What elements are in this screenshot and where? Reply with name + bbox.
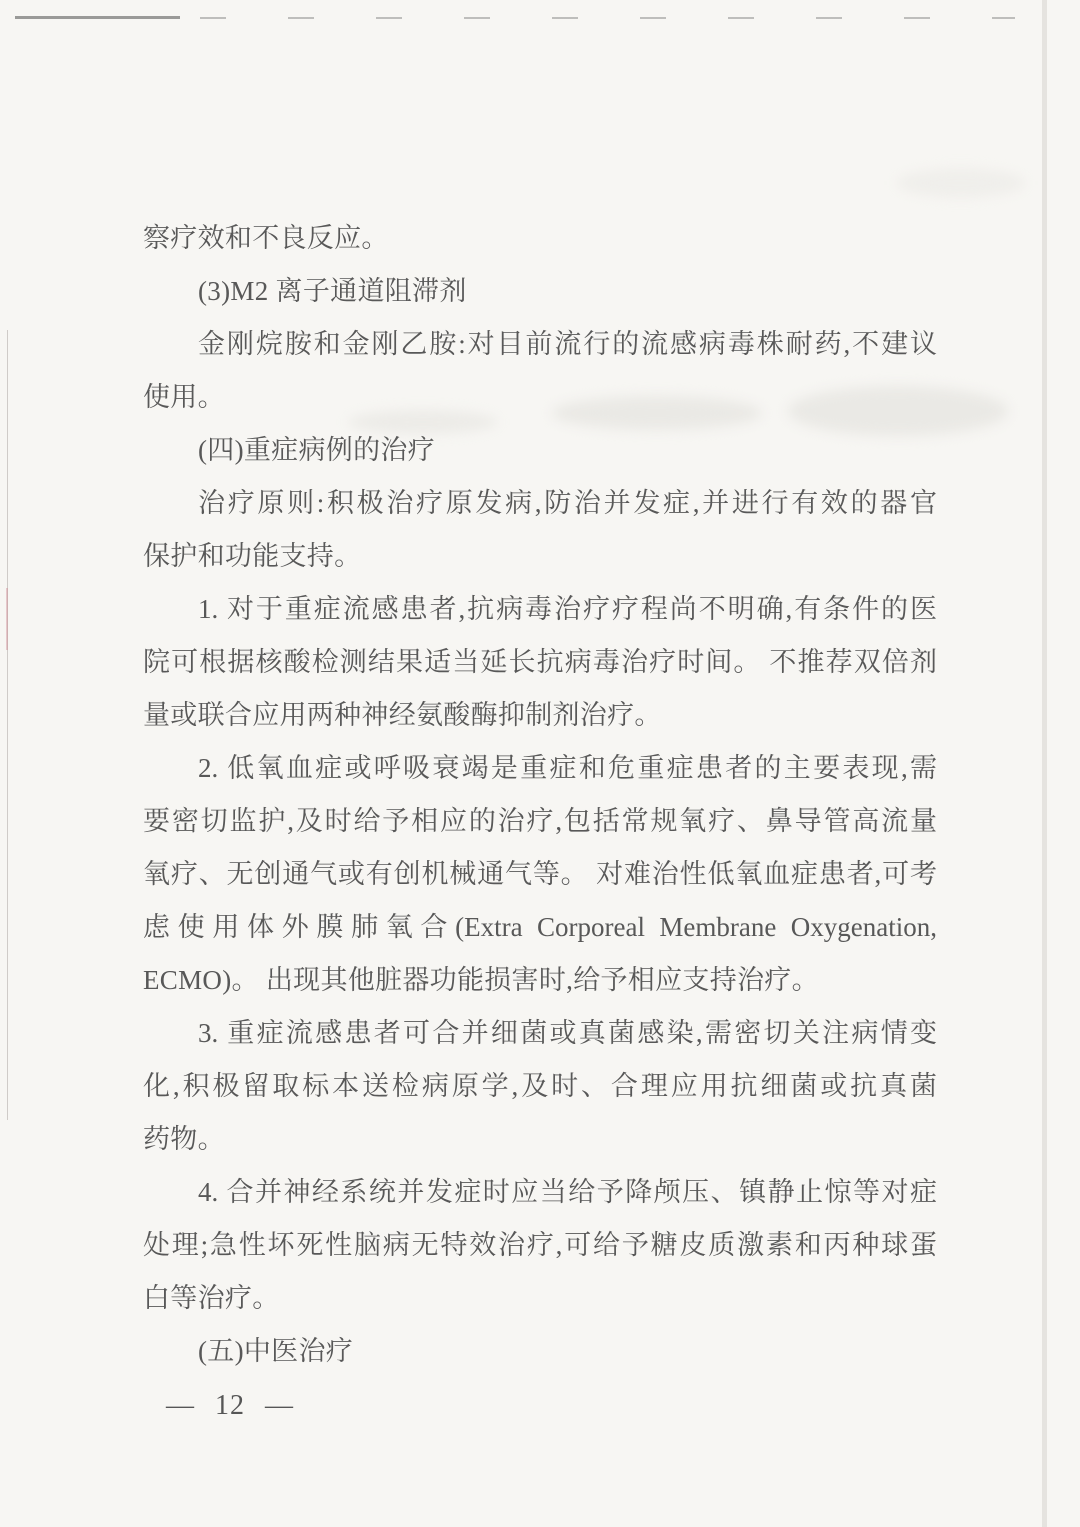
doc-line: 使用。 [143, 371, 937, 424]
doc-line: ECMO)。 出现其他脏器功能损害时,给予相应支持治疗。 [143, 954, 937, 1007]
doc-line: 金刚烷胺和金刚乙胺:对目前流行的流感病毒株耐药,不建议 [143, 318, 937, 371]
doc-line: 院可根据核酸检测结果适当延长抗病毒治疗时间。 不推荐双倍剂 [143, 636, 937, 689]
doc-line: 察疗效和不良反应。 [143, 212, 937, 265]
heading-line: (3)M2 离子通道阻滞剂 [143, 265, 937, 318]
doc-line: 虑使用体外膜肺氧合(Extra Corporeal Membrane Oxyge… [143, 901, 937, 954]
doc-line: 化,积极留取标本送检病原学,及时、合理应用抗细菌或抗真菌 [143, 1060, 937, 1113]
doc-line: 白等治疗。 [143, 1272, 937, 1325]
scan-right-band-artifact [1042, 0, 1047, 1527]
doc-line: 要密切监护,及时给予相应的治疗,包括常规氧疗、鼻导管高流量 [143, 795, 937, 848]
doc-line: 3. 重症流感患者可合并细菌或真菌感染,需密切关注病情变 [143, 1007, 937, 1060]
page-number: — 12 — [166, 1386, 294, 1426]
heading-line: (五)中医治疗 [143, 1325, 937, 1378]
doc-line: 治疗原则:积极治疗原发病,防治并发症,并进行有效的器官 [143, 477, 937, 530]
scan-fold-mark-artifact [6, 588, 8, 650]
doc-line: 1. 对于重症流感患者,抗病毒治疗疗程尚不明确,有条件的医 [143, 583, 937, 636]
doc-line: 2. 低氧血症或呼吸衰竭是重症和危重症患者的主要表现,需 [143, 742, 937, 795]
page-content: 察疗效和不良反应。 (3)M2 离子通道阻滞剂 金刚烷胺和金刚乙胺:对目前流行的… [143, 212, 937, 1378]
scan-fold-line-artifact [7, 330, 8, 1120]
document-page: 察疗效和不良反应。 (3)M2 离子通道阻滞剂 金刚烷胺和金刚乙胺:对目前流行的… [0, 0, 1080, 1527]
bleed-through-smudge [896, 168, 1026, 198]
doc-line: 氧疗、无创通气或有创机械通气等。 对难治性低氧血症患者,可考 [143, 848, 937, 901]
scan-edge-artifact [15, 16, 180, 19]
doc-line: 处理;急性坏死性脑病无特效治疗,可给予糖皮质激素和丙种球蛋 [143, 1219, 937, 1272]
doc-line: 药物。 [143, 1113, 937, 1166]
doc-line: 4. 合并神经系统并发症时应当给予降颅压、镇静止惊等对症 [143, 1166, 937, 1219]
doc-line: 量或联合应用两种神经氨酸酶抑制剂治疗。 [143, 689, 937, 742]
heading-line: (四)重症病例的治疗 [143, 424, 937, 477]
doc-line: 保护和功能支持。 [143, 530, 937, 583]
scan-edge-dashes-artifact [200, 17, 1015, 19]
